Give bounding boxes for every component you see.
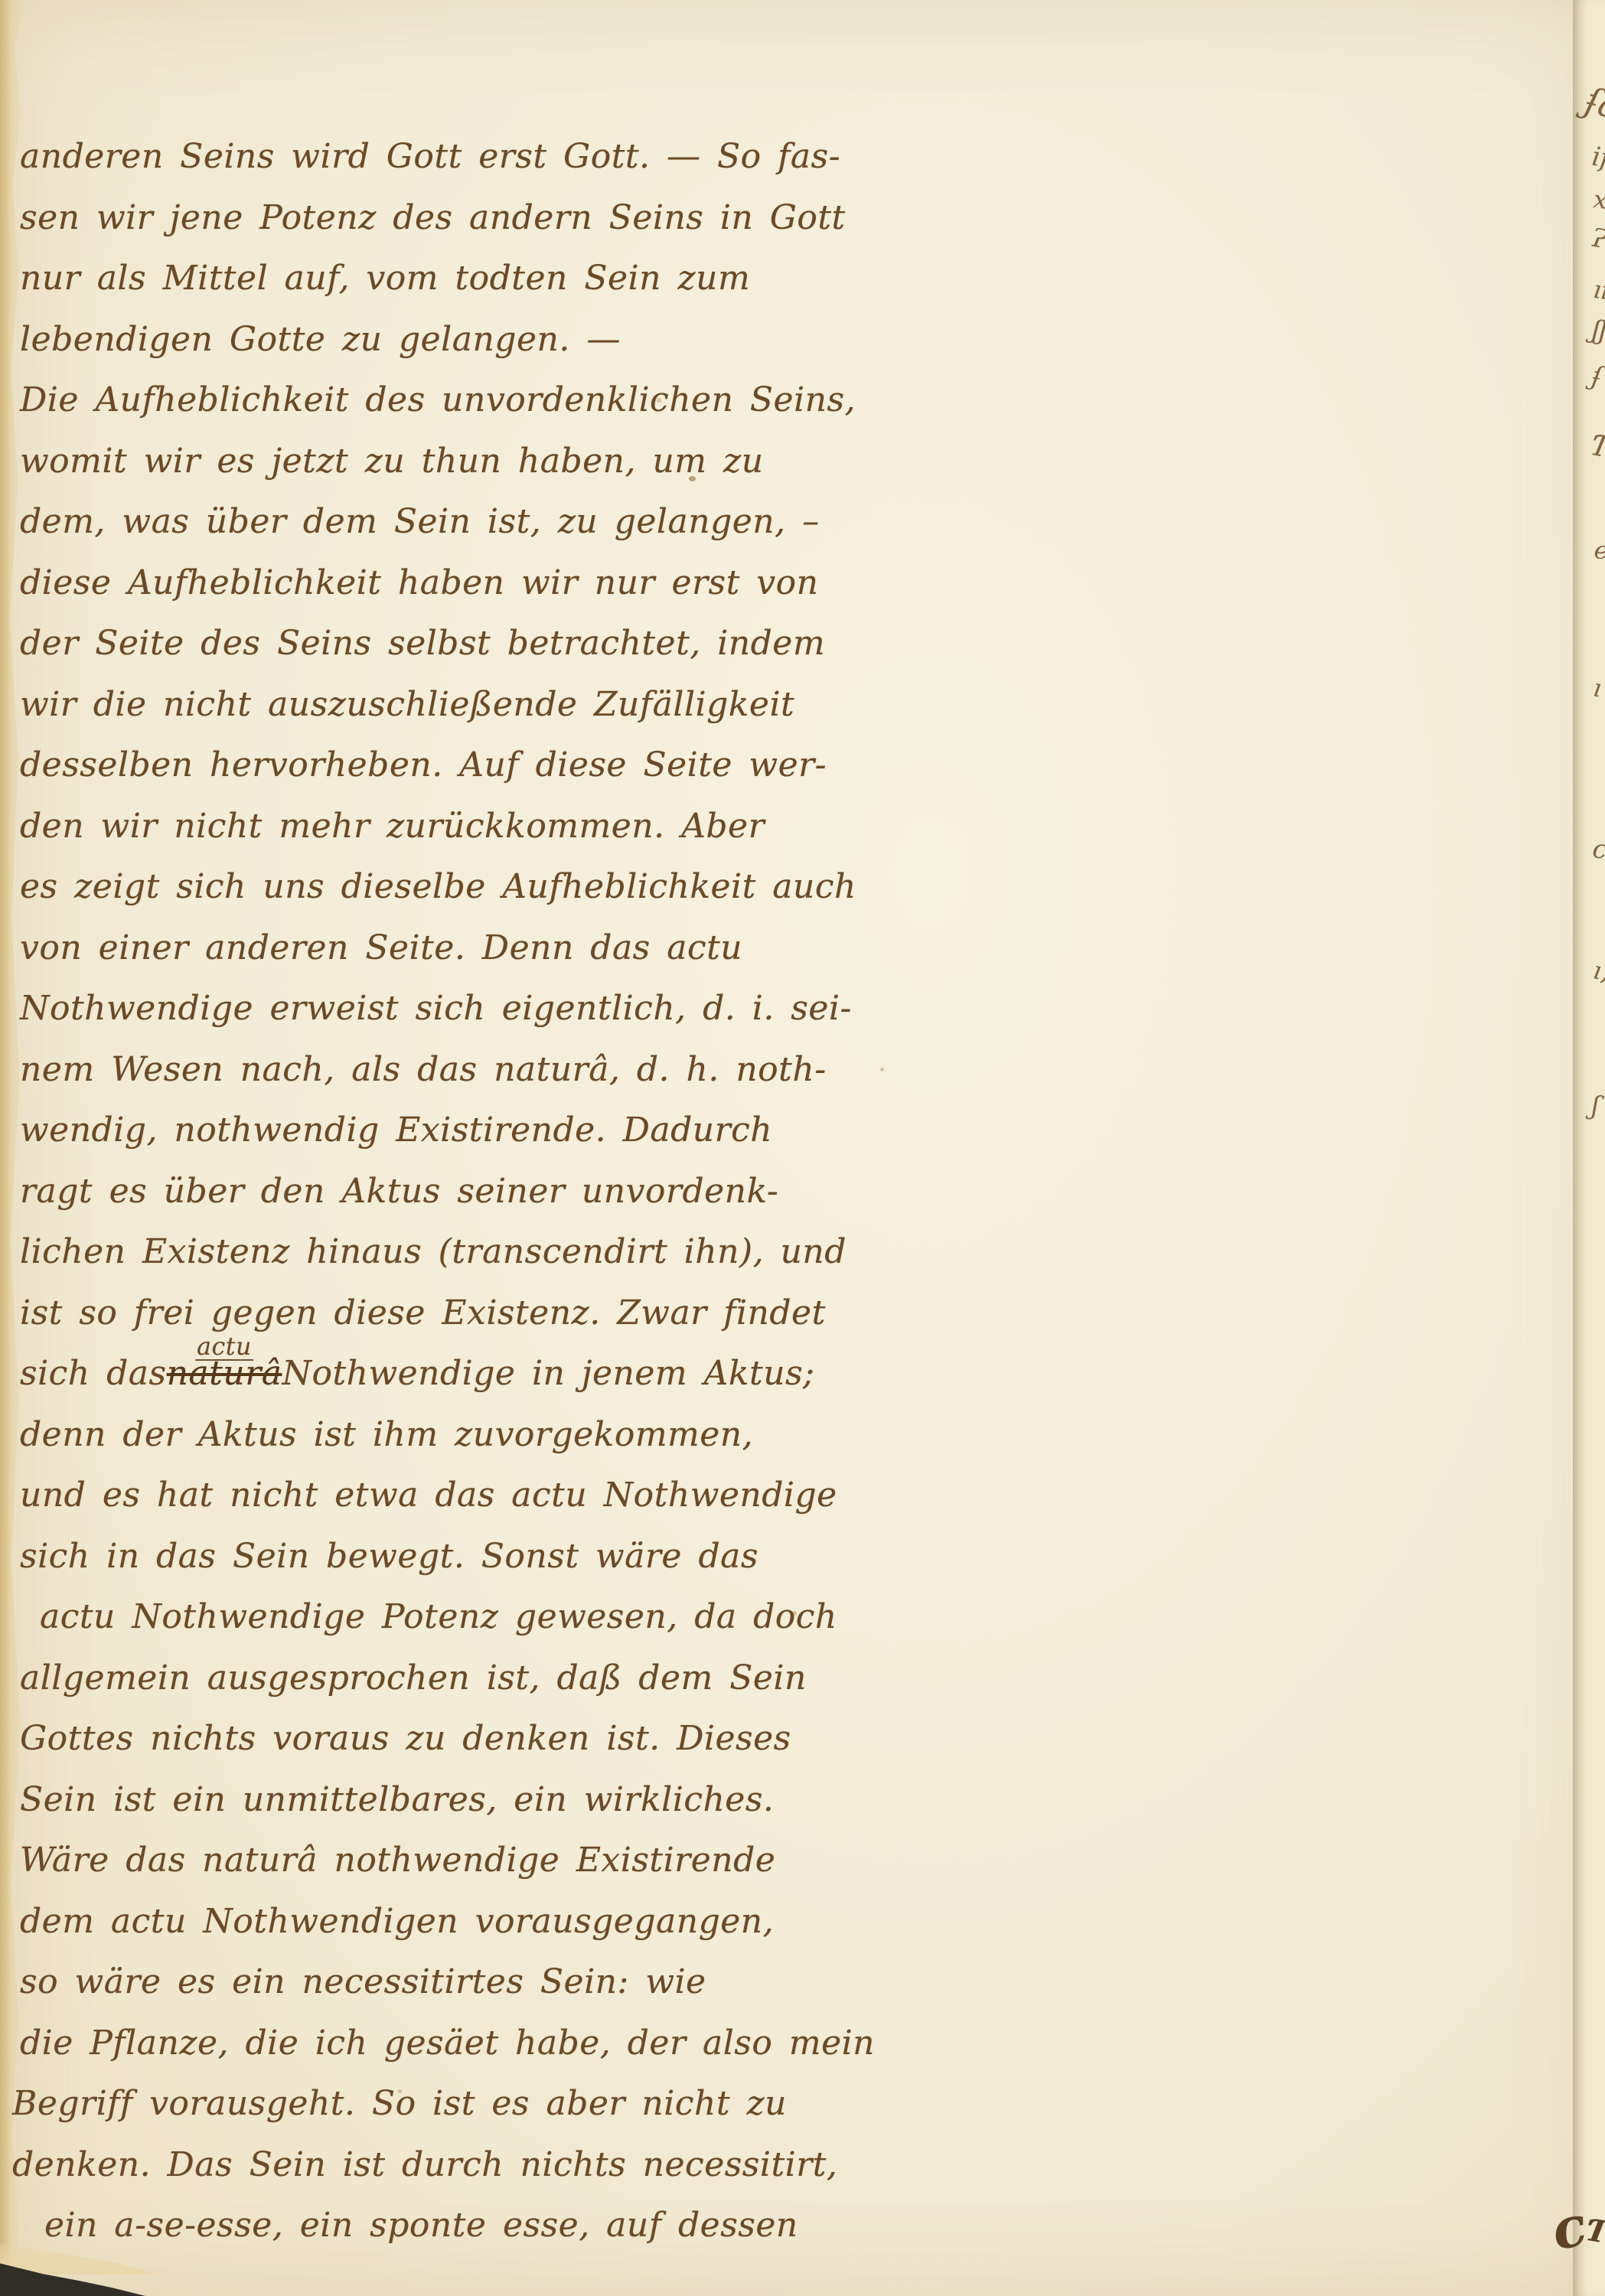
manuscript-line: nem Wesen nach, als das naturâ, d. h. no… <box>20 1039 877 1101</box>
manuscript-line: nur als Mittel auf, vom todten Sein zum <box>20 248 877 309</box>
manuscript-line: Sein ist ein unmittelbares, ein wirklich… <box>20 1769 877 1831</box>
manuscript-line: wendig, nothwendig Existirende. Dadurch <box>20 1100 877 1161</box>
manuscript-line: lichen Existenz hinaus (transcendirt ihn… <box>20 1221 877 1283</box>
manuscript-line: Wäre das naturâ nothwendige Existirende <box>20 1830 877 1891</box>
correction-after-text: Nothwendige in jenem Aktus; <box>282 1354 814 1393</box>
manuscript-line: dem, was über dem Sein ist, zu gelangen,… <box>20 491 877 553</box>
manuscript-line: ein a-se-esse, ein sponte esse, auf dess… <box>20 2195 877 2256</box>
manuscript-line: allgemein ausgesprochen ist, daß dem Sei… <box>20 1648 877 1709</box>
manuscript-line: dem actu Nothwendigen vorausgegangen, <box>20 1891 877 1952</box>
manuscript-line: ist so frei gegen diese Existenz. Zwar f… <box>20 1283 877 1344</box>
manuscript-line: so wäre es ein necessitirtes Sein: wie <box>20 1952 877 2013</box>
manuscript-line: Die Aufheblichkeit des unvordenklichen S… <box>20 370 877 431</box>
manuscript-line: der Seite des Seins selbst betrachtet, i… <box>20 613 877 674</box>
correction-group: naturâ actu <box>167 1354 282 1393</box>
manuscript-line: wir die nicht auszuschließende Zufälligk… <box>20 674 877 735</box>
manuscript-line: sich in das Sein bewegt. Sonst wäre das <box>20 1526 877 1587</box>
manuscript-line: anderen Seins wird Gott erst Gott. — So … <box>20 126 877 188</box>
manuscript-line: und es hat nicht etwa das actu Nothwendi… <box>20 1465 877 1526</box>
manuscript-line: diese Aufheblichkeit haben wir nur erst … <box>20 553 877 614</box>
handwritten-text: anderen Seins wird Gott erst Gott. — So … <box>20 126 877 2256</box>
manuscript-line: es zeigt sich uns dieselbe Aufheblichkei… <box>20 856 877 918</box>
manuscript-line: denken. Das Sein ist durch nichts necess… <box>12 2135 877 2196</box>
deckle-edge-fibre <box>0 0 11 2296</box>
manuscript-line: lebendigen Gotte zu gelangen. — <box>20 309 877 370</box>
inserted-word-above: actu <box>195 1336 253 1362</box>
manuscript-line: actu Nothwendige Potenz gewesen, da doch <box>20 1587 877 1648</box>
manuscript-line: desselben hervorheben. Auf diese Seite w… <box>20 735 877 796</box>
manuscript-line: sen wir jene Potenz des andern Seins in … <box>20 188 877 249</box>
manuscript-line: die Pflanze, die ich gesäet habe, der al… <box>20 2013 877 2074</box>
manuscript-line: ragt es über den Aktus seiner unvordenk- <box>20 1161 877 1222</box>
manuscript-line: Nothwendige erweist sich eigentlich, d. … <box>20 978 877 1039</box>
manuscript-line: Begriff vorausgeht. So ist es aber nicht… <box>12 2073 877 2135</box>
manuscript-line-with-correction: sich das naturâ actu Nothwendige in jene… <box>20 1343 877 1404</box>
manuscript-line: den wir nicht mehr zurückkommen. Aber <box>20 796 877 857</box>
paper-speck <box>880 1068 884 1071</box>
manuscript-line: womit wir es jetzt zu thun haben, um zu <box>20 431 877 492</box>
manuscript-line: von einer anderen Seite. Denn das actu <box>20 918 877 979</box>
manuscript-page: ʄa iſ x Ɂ ıi ʃʃ ʄ Ƭı e ı c ı, ʃ c Ƭ ande… <box>0 0 1605 2296</box>
manuscript-line: denn der Aktus ist ihm zuvorgekommen, <box>20 1404 877 1466</box>
correction-before-text: sich das <box>20 1354 167 1393</box>
manuscript-line: Gottes nichts voraus zu denken ist. Dies… <box>20 1708 877 1769</box>
next-page-text-fragment: x <box>1592 184 1605 215</box>
